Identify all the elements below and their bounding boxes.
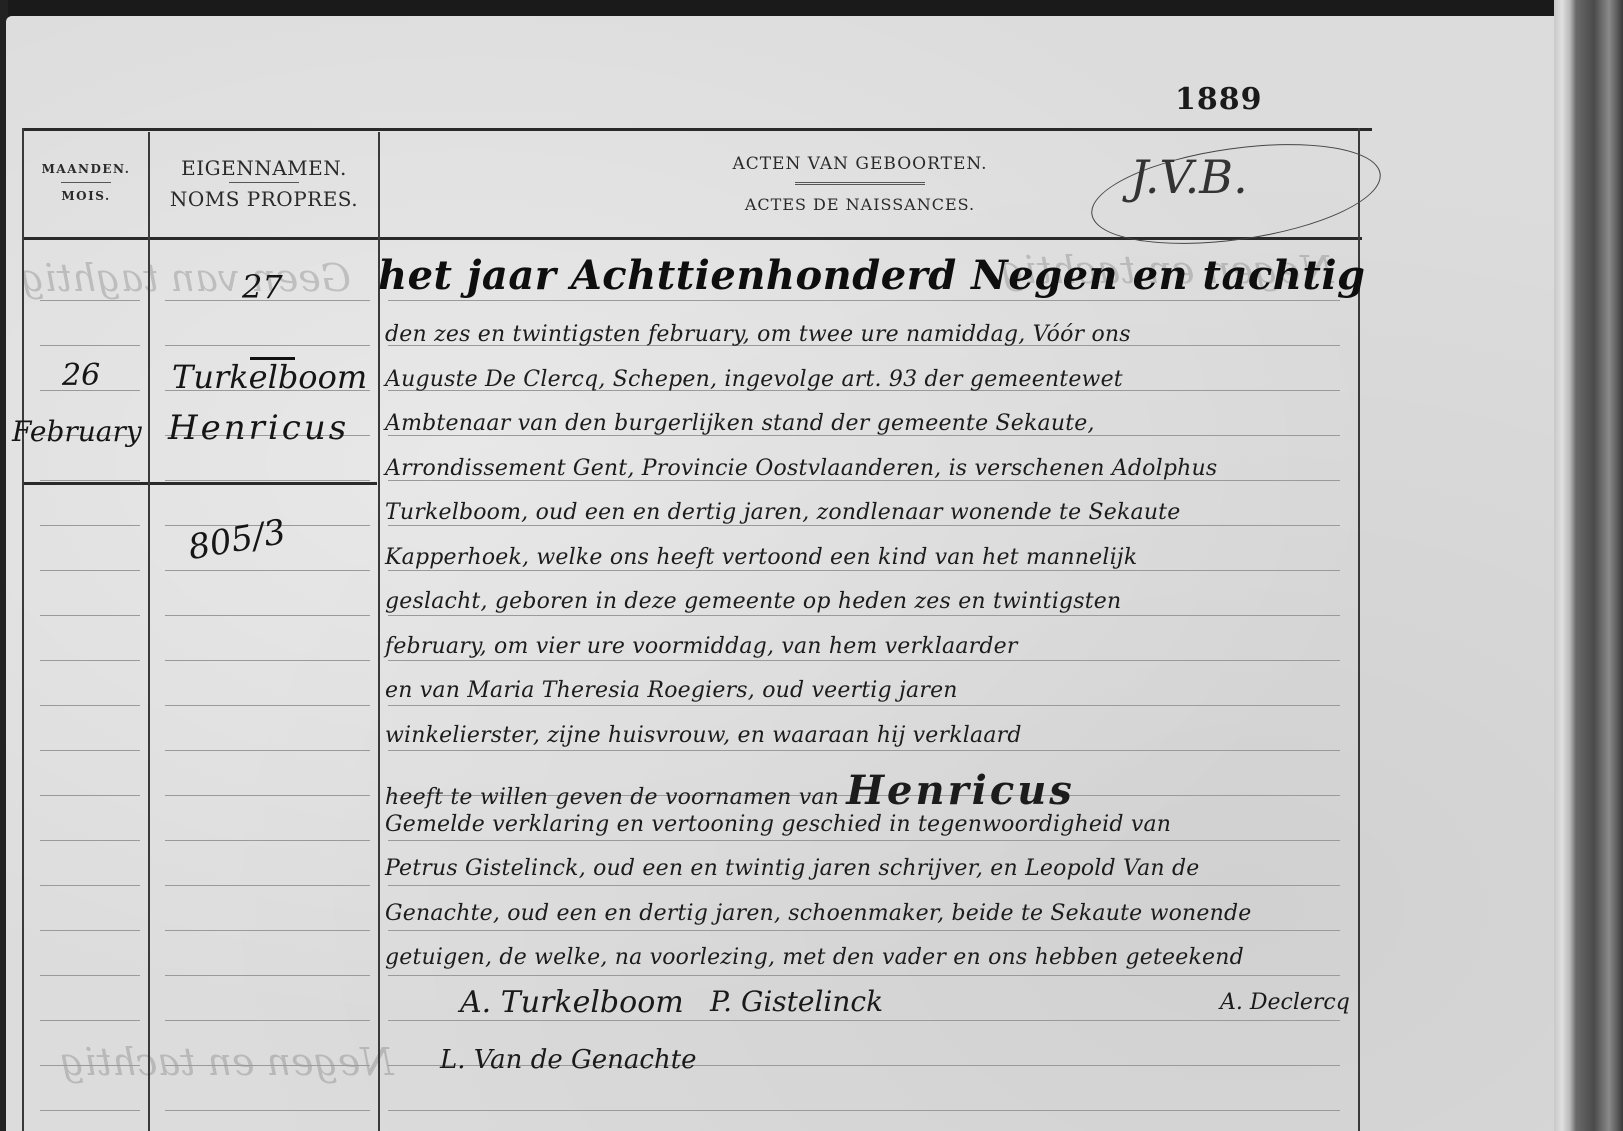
ruled-line	[40, 930, 140, 931]
ruled-line	[388, 570, 1340, 571]
ruled-line	[165, 1065, 370, 1066]
header-acts: ACTEN VAN GEBOORTEN. ACTES DE NAISSANCES…	[680, 154, 1040, 214]
entry-divider-rule	[22, 482, 377, 485]
ruled-line	[40, 975, 140, 976]
table-top-rule	[22, 128, 1372, 131]
act-text-line: Gemelde verklaring en vertooning geschie…	[385, 812, 1171, 837]
ruled-line	[388, 660, 1340, 661]
bleed-through-text: Negen en tachtig	[60, 1040, 394, 1084]
signature-witness-1: P. Gistelinck	[710, 985, 883, 1018]
given-name-emphasis: Henricus	[846, 767, 1075, 814]
column-divider-months	[148, 132, 150, 1131]
header-separator	[61, 182, 111, 183]
act-text-line: den zes en twintigsten february, om twee…	[385, 322, 1131, 347]
act-text-line: Kapperhoek, welke ons heeft vertoond een…	[385, 545, 1137, 570]
ruled-line	[165, 1110, 370, 1111]
ruled-line	[165, 885, 370, 886]
ruled-line	[165, 930, 370, 931]
ruled-line	[40, 525, 140, 526]
bleed-through-text: Geen van taghtig	[20, 256, 351, 300]
ruled-line	[388, 615, 1340, 616]
ruled-line	[165, 570, 370, 571]
header-separator	[795, 182, 925, 185]
act-opening-line: het jaar Achttienhonderd Negen en tachti…	[378, 252, 1366, 299]
birth-month: February	[12, 415, 142, 448]
ruled-line	[388, 1020, 1340, 1021]
ruled-line	[388, 930, 1340, 931]
act-text-line: Ambtenaar van den burgerlijken stand der…	[385, 411, 1095, 436]
header-months: MAANDEN. MOIS.	[24, 162, 148, 203]
ruled-line	[165, 345, 370, 346]
ruled-line	[165, 1020, 370, 1021]
act-text-line: winkelierster, zijne huisvrouw, en waara…	[385, 723, 1022, 748]
signature-father: A. Turkelboom	[460, 985, 684, 1020]
act-text-line: geslacht, geboren in deze gemeente op he…	[385, 589, 1121, 614]
act-number: 27	[242, 268, 283, 306]
ruled-line	[388, 975, 1340, 976]
header-separator	[229, 182, 299, 183]
signature-witness-2: L. Van de Genachte	[440, 1045, 697, 1075]
book-binding	[1554, 0, 1623, 1131]
ruled-line	[165, 840, 370, 841]
ruled-line	[165, 615, 370, 616]
ruled-line	[165, 480, 370, 481]
header-acts-fr: ACTES DE NAISSANCES.	[680, 195, 1040, 214]
ruled-line	[40, 345, 140, 346]
header-names: EIGENNAMEN. NOMS PROPRES.	[150, 156, 378, 211]
column-border-left	[22, 128, 24, 1131]
birth-day: 26	[62, 358, 100, 393]
ruled-line	[40, 1110, 140, 1111]
ruled-line	[165, 705, 370, 706]
given-name: Henricus	[168, 408, 349, 448]
ruled-line	[388, 705, 1340, 706]
header-months-fr: MOIS.	[24, 189, 148, 203]
ruled-line	[40, 1065, 140, 1066]
ruled-line	[165, 795, 370, 796]
surname: Turkelboom	[172, 358, 367, 396]
ruled-line	[40, 795, 140, 796]
ruled-line	[388, 1110, 1340, 1111]
act-text-line: en van Maria Theresia Roegiers, oud veer…	[385, 678, 958, 703]
ruled-line	[40, 750, 140, 751]
ruled-line	[40, 840, 140, 841]
ruled-line	[165, 660, 370, 661]
ruled-line	[388, 885, 1340, 886]
act-text-line: Turkelboom, oud een en dertig jaren, zon…	[385, 500, 1180, 525]
act-text-line: Petrus Gistelinck, oud een en twintig ja…	[385, 856, 1199, 881]
ruled-line	[40, 885, 140, 886]
act-text-line: Auguste De Clercq, Schepen, ingevolge ar…	[385, 367, 1123, 392]
ruled-line	[40, 1020, 140, 1021]
header-names-fr: NOMS PROPRES.	[150, 187, 378, 211]
ruled-line	[40, 705, 140, 706]
ruled-line	[40, 300, 140, 301]
ruled-line	[388, 840, 1340, 841]
header-acts-nl: ACTEN VAN GEBOORTEN.	[680, 154, 1040, 174]
ruled-line	[388, 300, 1340, 301]
paraph-initials: J.V.B.	[1130, 150, 1248, 204]
ruled-line	[388, 750, 1340, 751]
ruled-line	[40, 615, 140, 616]
ruled-line	[165, 975, 370, 976]
ruled-line	[165, 750, 370, 751]
ruled-line	[388, 525, 1340, 526]
act-text-line: Arrondissement Gent, Provincie Oostvlaan…	[385, 456, 1217, 481]
act-text-line: getuigen, de welke, na voorlezing, met d…	[385, 945, 1244, 970]
signature-official: A. Declercq	[1220, 990, 1350, 1015]
act-text-line: heeft te willen geven de voornamen van H…	[385, 767, 1075, 814]
act-text-line: february, om vier ure voormiddag, van he…	[385, 634, 1018, 659]
act-text-line: Genachte, oud een en dertig jaren, schoe…	[385, 901, 1252, 926]
ruled-line	[40, 480, 140, 481]
ruled-line	[40, 660, 140, 661]
header-names-nl: EIGENNAMEN.	[150, 156, 378, 180]
ruled-line	[40, 570, 140, 571]
header-months-nl: MAANDEN.	[24, 162, 148, 176]
register-year: 1889	[1175, 82, 1263, 117]
